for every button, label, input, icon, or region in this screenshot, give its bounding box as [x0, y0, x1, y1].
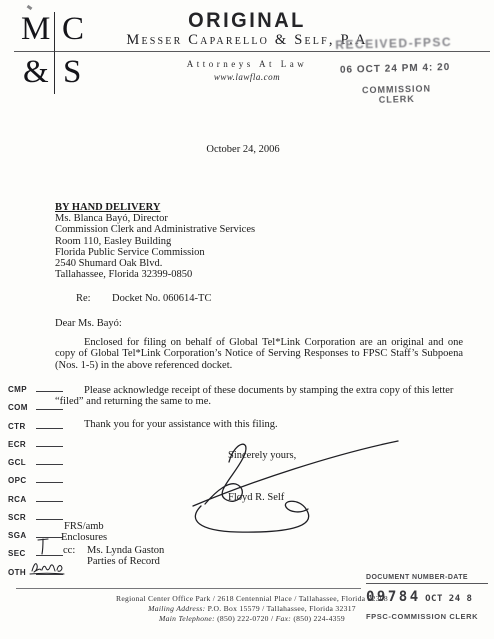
code-row-cmp: CMP	[8, 382, 63, 400]
paragraph-3: Thank you for your assistance with this …	[55, 419, 463, 430]
received-stamp-line1: RECEIVED-FPSC	[335, 34, 485, 52]
date-line: October 24, 2006	[0, 144, 486, 155]
salutation: Dear Ms. Bayó:	[55, 318, 122, 329]
code-label: OPC	[8, 476, 32, 485]
re-label: Re:	[76, 293, 91, 304]
recipient-line: Florida Public Service Commission	[55, 247, 255, 258]
code-blank-line	[36, 473, 63, 483]
code-label: SCR	[8, 513, 32, 522]
document-stamp-clerk: FPSC-COMMISSION CLERK	[366, 612, 494, 621]
oth-handwriting	[29, 561, 65, 576]
re-value: Docket No. 060614-TC	[112, 293, 211, 304]
recipient-line: Room 110, Easley Building	[55, 236, 255, 247]
code-blank-line	[36, 492, 63, 502]
typist-initials: FRS/amb	[64, 521, 104, 532]
recipient-line: Ms. Blanca Bayó, Director	[55, 213, 255, 224]
document-stamp-number-line: 09784 OCT 24 8	[366, 588, 494, 606]
enclosures: Enclosures	[61, 532, 107, 543]
received-stamp-line2: 06 OCT 24 PM 4: 20	[340, 61, 486, 76]
code-label: CTR	[8, 422, 32, 431]
code-label: GCL	[8, 458, 32, 467]
delivery-method: BY HAND DELIVERY	[55, 202, 255, 213]
document-number: 09784	[366, 589, 421, 605]
code-row-ecr: ECR	[8, 437, 63, 455]
received-stamp-clerk: CLERK	[337, 93, 457, 106]
cc-line: Parties of Record	[87, 556, 160, 567]
footer-fax-label: Fax:	[276, 614, 292, 623]
footer-phone-value: (850) 222-0720 /	[215, 614, 276, 623]
document-date: OCT 24 8	[425, 594, 472, 604]
code-label: SGA	[8, 531, 32, 540]
recipient-line: Tallahassee, Florida 32399-0850	[55, 269, 255, 280]
document-stamp-header: DOCUMENT NUMBER-DATE	[366, 574, 488, 584]
code-blank-line	[36, 437, 63, 447]
code-blank-line	[36, 455, 63, 465]
scanned-letter-page: M C & S ORIGINAL Messer Caparello & Self…	[0, 0, 494, 639]
footer-mailing-value: P.O. Box 15579 / Tallahassee, Florida 32…	[205, 604, 355, 613]
code-label: SEC	[8, 549, 32, 558]
sec-handwritten-tick	[36, 538, 50, 556]
code-label: ECR	[8, 440, 32, 449]
footer-phone-label: Main Telephone:	[159, 614, 215, 623]
footer-fax-value: (850) 224-4359	[291, 614, 345, 623]
code-label: CMP	[8, 385, 32, 394]
recipient-line: Commission Clerk and Administrative Serv…	[55, 224, 255, 235]
code-label: RCA	[8, 495, 32, 504]
code-label: COM	[8, 403, 32, 412]
code-row-opc: OPC	[8, 473, 63, 491]
recipient-block: BY HAND DELIVERY Ms. Blanca Bayó, Direct…	[55, 202, 255, 281]
signature	[185, 432, 400, 540]
document-number-stamp: DOCUMENT NUMBER-DATE 09784 OCT 24 8 FPSC…	[366, 574, 494, 621]
recipient-line: 2540 Shumard Oak Blvd.	[55, 258, 255, 269]
cc-label: cc:	[63, 545, 75, 556]
code-row-ctr: CTR	[8, 419, 63, 437]
code-row-gcl: GCL	[8, 455, 63, 473]
paragraph-2: Please acknowledge receipt of these docu…	[55, 385, 463, 408]
paragraph-1: Enclosed for filing on behalf of Global …	[55, 337, 463, 371]
received-stamp-line3: COMMISSION CLERK	[336, 83, 456, 106]
code-row-com: COM	[8, 400, 63, 418]
original-stamp: ORIGINAL	[0, 10, 494, 34]
code-blank-line	[36, 528, 63, 538]
code-blank-line	[36, 382, 63, 392]
code-blank-line	[36, 510, 63, 520]
cc-line: Ms. Lynda Gaston	[87, 545, 164, 556]
footer-rule	[16, 588, 361, 589]
code-blank-line	[36, 400, 63, 410]
code-row-rca: RCA	[8, 492, 63, 510]
code-blank-line	[36, 419, 63, 429]
code-row-scr: SCR	[8, 510, 63, 528]
footer-mailing-label: Mailing Address:	[148, 604, 205, 613]
received-stamp: RECEIVED-FPSC 06 OCT 24 PM 4: 20 COMMISS…	[335, 34, 487, 106]
